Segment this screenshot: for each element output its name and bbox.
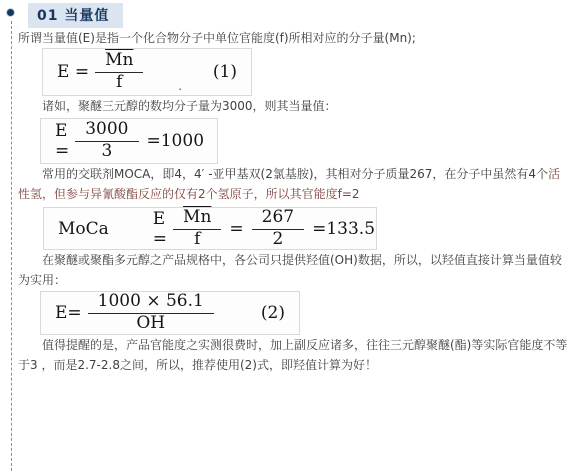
formula-1-numerator: Mn xyxy=(95,52,143,73)
formula-4-box: E= 1000 × 56.1 OH (2) xyxy=(40,291,300,335)
formula-4-denominator: OH xyxy=(88,314,214,333)
paragraph-hydroxyl: 在聚醚或聚酯多元醇之产品规格中，各公司只提供羟值(OH)数据，所以，以羟值直接计… xyxy=(18,250,568,290)
paragraph-reminder: 值得提醒的是，产品官能度之实测很费时，加上副反应诸多，往往三元醇聚醚(酯)等实际… xyxy=(18,335,568,375)
paragraph-intro: 所谓当量值(E)是指一个化合物分子中单位官能度(f)所相对应的分子量(Mn); xyxy=(18,28,568,48)
formula-4-fraction: 1000 × 56.1 OH xyxy=(88,293,214,333)
formula-2-box: E = 3000 3 =1000 xyxy=(40,118,218,164)
formula-1-denominator: f xyxy=(95,73,143,92)
formula-3-denominator-1: f xyxy=(173,230,221,249)
formula-3-numerator-1: Mn xyxy=(173,209,221,230)
formula-2-fraction: 3000 3 xyxy=(75,121,138,161)
formula-3-label: MoCa xyxy=(58,219,109,239)
formula-1-dot: . xyxy=(147,79,212,95)
formula-2-lhs: E = xyxy=(55,121,69,161)
formula-3-box: MoCa E = Mn f = 267 2 =133.5 xyxy=(43,207,377,250)
article-content: 所谓当量值(E)是指一个化合物分子中单位官能度(f)所相对应的分子量(Mn); … xyxy=(18,28,574,375)
formula-3-lhs: E = xyxy=(153,209,167,249)
paragraph-moca-line1: 常用的交联剂MOCA，即4，4′ -亚甲基双(2氯基胺)，其相对分子质量267，… xyxy=(42,167,548,181)
formula-1-tag: (1) xyxy=(213,62,237,82)
formula-3-numerator-2: 267 xyxy=(252,209,304,230)
formula-4-lhs: E= xyxy=(55,303,82,323)
formula-3-equals: = xyxy=(229,219,243,239)
timeline-dashed-line xyxy=(11,21,12,471)
formula-4-numerator: 1000 × 56.1 xyxy=(88,293,214,314)
bullet-icon xyxy=(7,9,14,16)
formula-2-numerator: 3000 xyxy=(75,121,138,142)
formula-3-result: =133.5 xyxy=(312,219,375,239)
formula-1-fraction: Mn f xyxy=(95,52,143,92)
formula-2-denominator: 3 xyxy=(75,142,138,161)
formula-3-fraction-1: Mn f xyxy=(173,209,221,249)
formula-3-denominator-2: 2 xyxy=(252,230,304,249)
formula-1-lhs: E = xyxy=(57,62,89,82)
formula-3-fraction-2: 267 2 xyxy=(252,209,304,249)
paragraph-example: 诸如，聚醚三元醇的数均分子量为3000，则其当量值： xyxy=(18,96,568,116)
paragraph-moca: 常用的交联剂MOCA，即4，4′ -亚甲基双(2氯基胺)，其相对分子质量267，… xyxy=(18,164,568,204)
section-title: 01 当量值 xyxy=(28,3,123,28)
formula-4-tag: (2) xyxy=(261,303,285,323)
formula-1-box: E = Mn f . (1) xyxy=(42,48,252,96)
formula-2-result: =1000 xyxy=(147,131,205,151)
